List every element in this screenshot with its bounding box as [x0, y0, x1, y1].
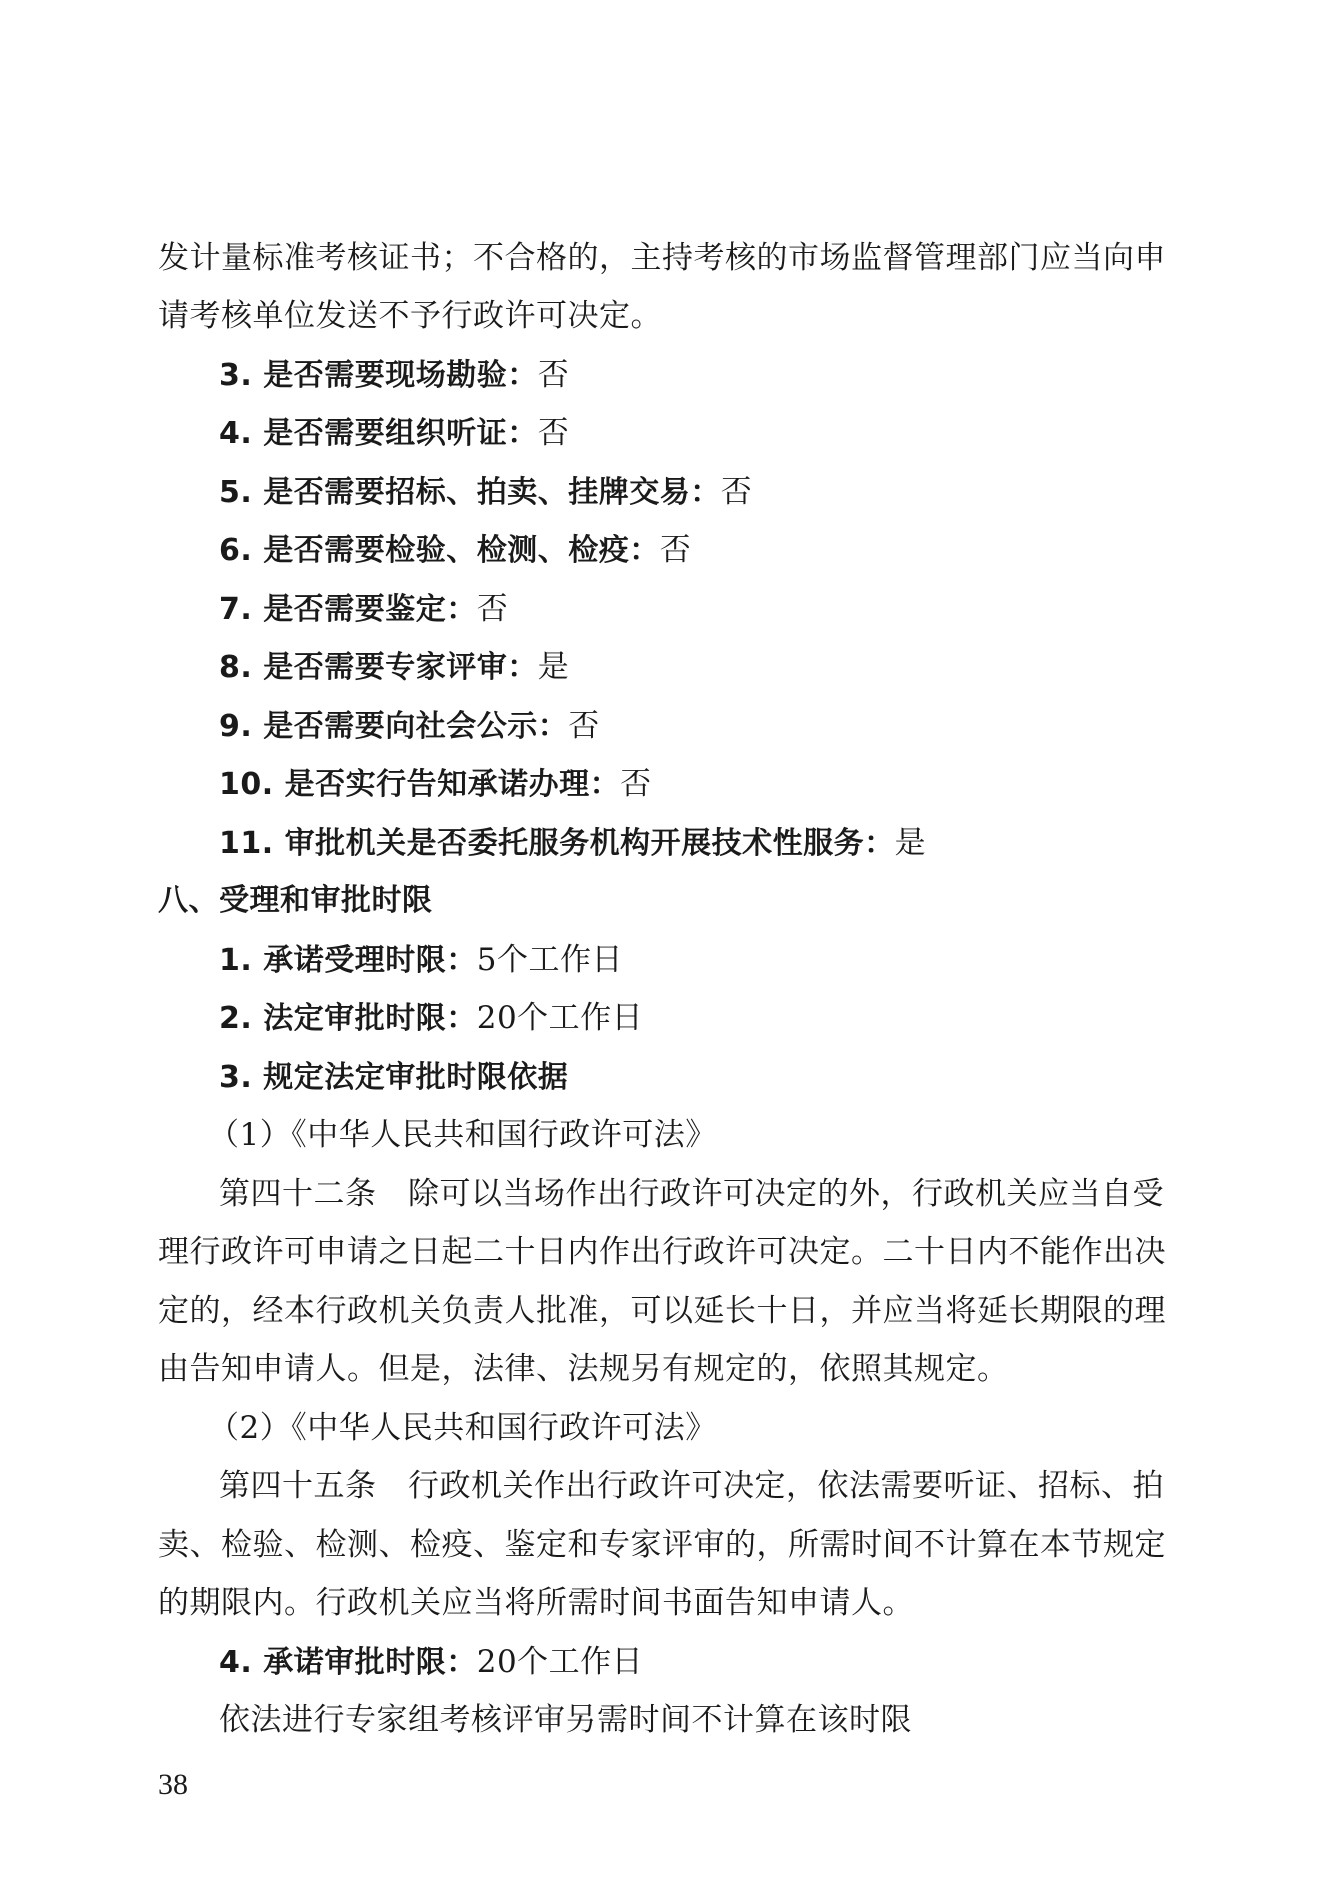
- list-item: 7. 是否需要鉴定：否: [219, 589, 1209, 630]
- list-item: 4. 承诺审批时限：20个工作日: [219, 1642, 1209, 1683]
- basis-text-line: 定的，经本行政机关负责人批准，可以延长十日，并应当将延长期限的理: [158, 1291, 1148, 1331]
- page-number: 38: [158, 1768, 188, 1802]
- item-label: 9. 是否需要向社会公示：: [219, 709, 568, 744]
- basis-text-line: 卖、检验、检测、检疫、鉴定和专家评审的，所需时间不计算在本节规定: [158, 1525, 1148, 1565]
- item-label: 3. 是否需要现场勘验：: [219, 358, 538, 393]
- basis-text-line: 理行政许可申请之日起二十日内作出行政许可决定。二十日内不能作出决: [158, 1232, 1148, 1272]
- item-value: 5个工作日: [477, 942, 623, 978]
- list-item: 3. 规定法定审批时限依据: [219, 1057, 1209, 1098]
- item-label: 6. 是否需要检验、检测、检疫：: [219, 533, 660, 568]
- item-label: 8. 是否需要专家评审：: [219, 650, 538, 685]
- item-value: 20个工作日: [477, 1644, 643, 1680]
- list-item: 1. 承诺受理时限：5个工作日: [219, 940, 1209, 981]
- item-value: 否: [660, 532, 692, 568]
- item-label: 7. 是否需要鉴定：: [219, 592, 477, 627]
- item-label: 4. 是否需要组织听证：: [219, 416, 538, 451]
- basis-text-line: 的期限内。行政机关应当将所需时间书面告知申请人。: [158, 1583, 1148, 1623]
- item-value: 否: [477, 591, 509, 627]
- list-item: 4. 是否需要组织听证：否: [219, 413, 1209, 454]
- item-value: 否: [721, 474, 753, 510]
- basis-text-line: 第四十二条 除可以当场作出行政许可决定的外，行政机关应当自受: [219, 1174, 1148, 1214]
- list-item: 11. 审批机关是否委托服务机构开展技术性服务：是: [219, 823, 1209, 864]
- body-text-line: 发计量标准考核证书；不合格的，主持考核的市场监督管理部门应当向申: [158, 238, 1148, 278]
- list-item: 5. 是否需要招标、拍卖、挂牌交易：否: [219, 472, 1209, 513]
- list-item: 8. 是否需要专家评审：是: [219, 647, 1209, 688]
- list-item: 3. 是否需要现场勘验：否: [219, 355, 1209, 396]
- list-item: 2. 法定审批时限：20个工作日: [219, 998, 1209, 1039]
- item-label: 4. 承诺审批时限：: [219, 1645, 477, 1680]
- list-item: 6. 是否需要检验、检测、检疫：否: [219, 530, 1209, 571]
- item-value: 是: [538, 649, 570, 685]
- item-label: 3. 规定法定审批时限依据: [219, 1060, 568, 1095]
- document-page: 发计量标准考核证书；不合格的，主持考核的市场监督管理部门应当向申 请考核单位发送…: [0, 0, 1339, 1890]
- item-label: 2. 法定审批时限：: [219, 1001, 477, 1036]
- body-text-line: 请考核单位发送不予行政许可决定。: [158, 296, 1148, 336]
- basis-text-line: 第四十五条 行政机关作出行政许可决定，依法需要听证、招标、拍: [219, 1466, 1148, 1506]
- basis-source: （2）《中华人民共和国行政许可法》: [208, 1408, 1198, 1448]
- item-label: 5. 是否需要招标、拍卖、挂牌交易：: [219, 475, 721, 510]
- item-value: 是: [895, 825, 927, 861]
- item-value: 20个工作日: [477, 1000, 643, 1036]
- item-label: 10. 是否实行告知承诺办理：: [219, 767, 620, 802]
- basis-source: （1）《中华人民共和国行政许可法》: [208, 1115, 1198, 1155]
- item-value: 否: [538, 415, 570, 451]
- item-value: 否: [538, 357, 570, 393]
- item-label: 1. 承诺受理时限：: [219, 943, 477, 978]
- section-heading: 八、受理和审批时限: [158, 881, 1148, 921]
- item-value: 否: [568, 708, 600, 744]
- item-label: 11. 审批机关是否委托服务机构开展技术性服务：: [219, 826, 895, 861]
- item-value: 否: [620, 766, 652, 802]
- list-item: 10. 是否实行告知承诺办理：否: [219, 764, 1209, 805]
- basis-text-line: 由告知申请人。但是，法律、法规另有规定的，依照其规定。: [158, 1349, 1148, 1389]
- list-item: 9. 是否需要向社会公示：否: [219, 706, 1209, 747]
- note-text: 依法进行专家组考核评审另需时间不计算在该时限: [219, 1700, 1209, 1740]
